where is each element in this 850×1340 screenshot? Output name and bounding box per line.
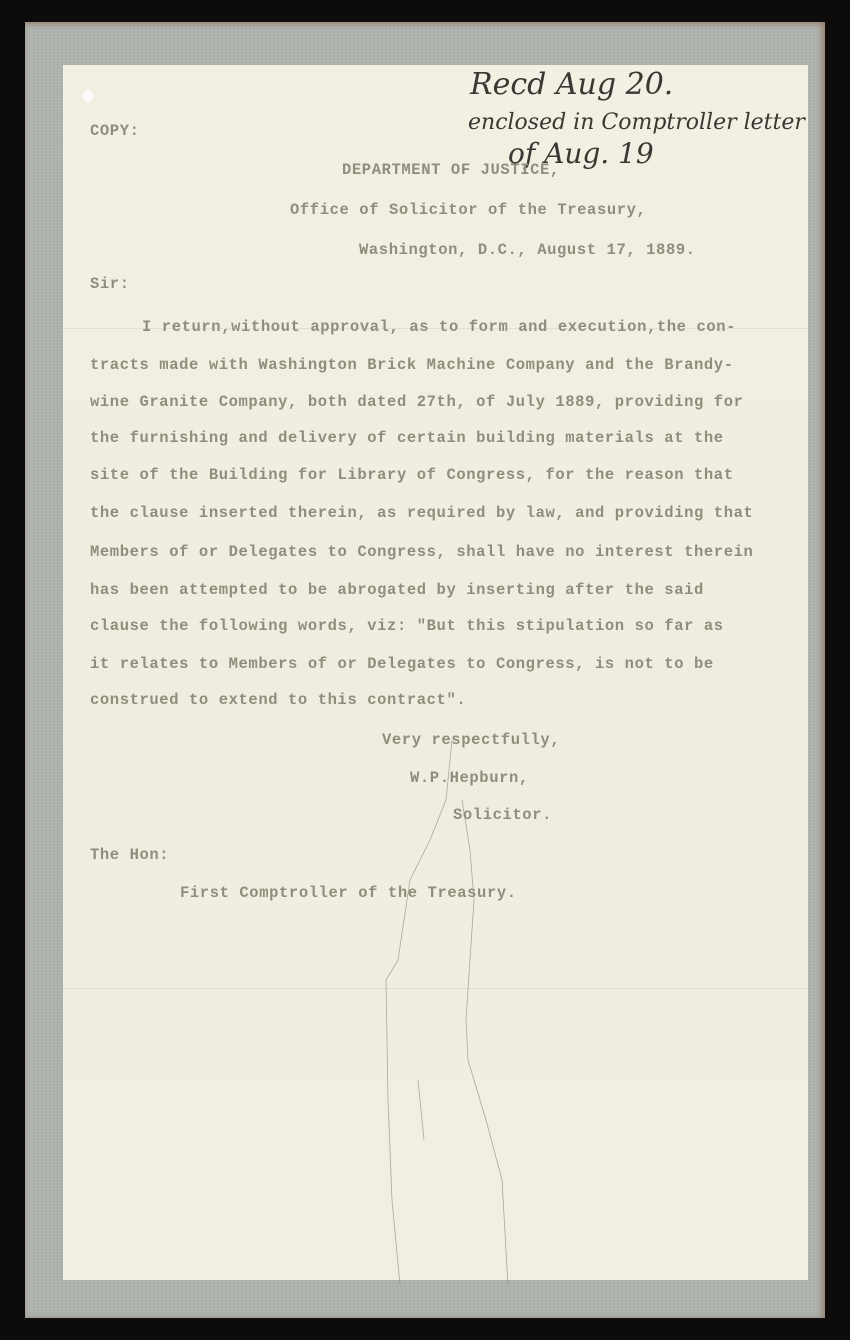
pencil-marks xyxy=(0,0,850,1340)
